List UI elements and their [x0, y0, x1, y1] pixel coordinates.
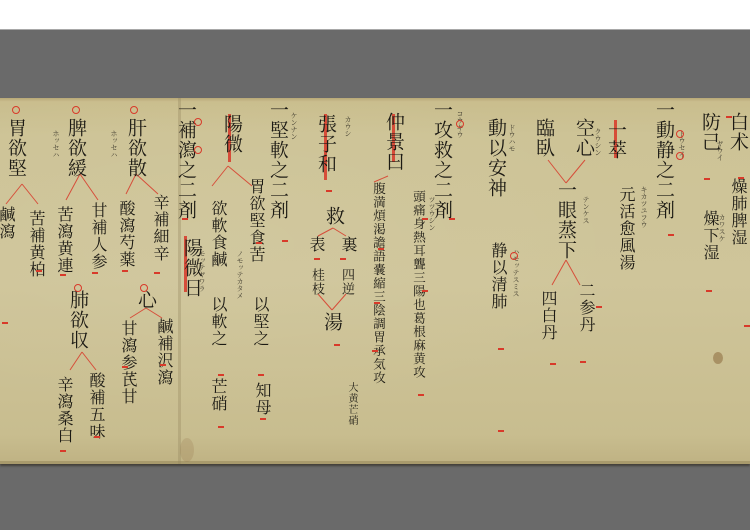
- text-column: 辛瀉桑白: [56, 376, 72, 444]
- kunten-mark: [36, 270, 42, 272]
- text-column: 大黄芒硝: [346, 382, 356, 426]
- kunten-mark: [580, 361, 586, 363]
- kunten-mark: [334, 344, 340, 346]
- text-column: 臨臥: [534, 118, 553, 158]
- text-column: 苦瀉黄連: [56, 206, 72, 274]
- section-heading: 一補瀉之二剤: [176, 100, 195, 220]
- kunten-mark: [160, 364, 166, 366]
- kunten-mark: [706, 290, 712, 292]
- text-column: 芒硝: [210, 378, 226, 412]
- text-column: 静以清肺: [490, 242, 506, 310]
- text-column: 動以安神: [486, 118, 505, 198]
- furigana-gloss: テンケス: [582, 196, 589, 224]
- kunten-mark: [74, 284, 82, 292]
- kunten-mark: [676, 130, 684, 138]
- text-column: 苦補黄柏: [28, 210, 44, 278]
- text-column: 胃欲堅: [6, 118, 25, 178]
- text-column: 湯: [322, 312, 341, 332]
- kunten-mark: [550, 363, 556, 365]
- furigana-gloss: ホッセハ: [110, 130, 117, 158]
- text-column: 桂枝: [310, 268, 323, 296]
- kunten-mark: [456, 120, 464, 128]
- text-column: 一眼蒸下: [556, 180, 575, 260]
- furigana-gloss: ケンナン: [290, 112, 297, 140]
- text-column: 肝欲散: [126, 118, 145, 178]
- text-column: 酸瀉芍薬: [118, 200, 134, 268]
- text-column: 燥肺脾湿: [730, 178, 746, 246]
- text-column: 表: [308, 236, 324, 253]
- kunten-mark: [422, 218, 428, 220]
- kunten-mark: [510, 252, 518, 260]
- kunten-mark: [260, 418, 266, 420]
- text-column: 辛補細辛: [152, 194, 168, 262]
- kunten-mark: [218, 374, 224, 376]
- text-column: 四逆: [340, 268, 353, 296]
- kunten-mark: [2, 322, 8, 324]
- furigana-gloss: カワスケ: [718, 214, 725, 242]
- kunten-mark: [498, 348, 504, 350]
- text-column: 以堅之: [252, 296, 268, 347]
- kunten-mark: [60, 274, 66, 276]
- furigana-gloss: モッテヤワラ: [198, 250, 205, 292]
- kunten-mark: [12, 106, 20, 114]
- kunten-mark: [122, 270, 128, 272]
- furigana-gloss: カウシ: [344, 116, 351, 137]
- kunten-mark: [282, 240, 288, 242]
- text-column: 鹹補沢瀉: [156, 318, 172, 386]
- kunten-mark: [744, 325, 750, 327]
- text-column: 空心: [574, 118, 593, 158]
- text-column: 仲景曰: [384, 112, 403, 172]
- text-column: 四白丹: [540, 290, 556, 341]
- kunten-mark: [72, 106, 80, 114]
- kunten-mark: [140, 284, 148, 292]
- text-column: 知母: [254, 382, 270, 416]
- text-column: 陽微: [222, 114, 241, 154]
- text-column: 酸補五味: [88, 372, 104, 440]
- text-column: 張子和: [316, 114, 335, 174]
- furigana-gloss: クウシン: [594, 128, 601, 156]
- text-column: 甘瀉参芪甘: [120, 320, 136, 405]
- text-column: 白术: [728, 112, 747, 152]
- kunten-mark: [194, 118, 202, 126]
- text-column: 鹹瀉: [0, 206, 14, 240]
- furigana-gloss: キカツユフウ: [640, 186, 647, 228]
- furigana-gloss: ホッセハ: [52, 130, 59, 158]
- text-column: 燥下湿: [702, 210, 718, 261]
- text-column: 脾欲緩: [66, 118, 85, 178]
- kunten-mark: [374, 302, 380, 304]
- kunten-mark: [218, 426, 224, 428]
- furigana-gloss: ツツウシン: [428, 196, 435, 231]
- section-heading: 一動静之二剤: [654, 100, 673, 220]
- kunten-mark: [498, 430, 504, 432]
- text-column: 以軟之: [210, 296, 226, 347]
- furigana-gloss: ノモッテカタメ: [236, 250, 243, 299]
- text-column: 救: [324, 206, 343, 226]
- kunten-mark: [668, 234, 674, 236]
- text-column: 心: [136, 290, 155, 310]
- text-column: 元活愈風湯: [618, 186, 634, 271]
- text-column: 胃欲堅食苦: [248, 178, 264, 263]
- kunten-mark: [258, 374, 264, 376]
- text-column: 一萃: [606, 120, 625, 160]
- furigana-gloss: ヤウイ: [716, 140, 723, 161]
- kunten-mark: [256, 242, 262, 244]
- kunten-mark: [122, 366, 128, 368]
- kunten-mark: [130, 106, 138, 114]
- kunten-mark: [378, 248, 384, 250]
- kunten-mark: [60, 450, 66, 452]
- kunten-mark: [449, 218, 455, 220]
- kunten-mark: [194, 146, 202, 154]
- kunten-mark: [326, 190, 332, 192]
- section-heading: 一堅軟之二剤: [268, 100, 287, 220]
- kunten-mark: [738, 177, 744, 179]
- text-column: 肺欲収: [68, 290, 87, 350]
- furigana-gloss: ドウハモ: [508, 124, 515, 152]
- kunten-mark: [94, 436, 100, 438]
- kunten-mark: [726, 116, 732, 118]
- kunten-mark: [182, 218, 188, 220]
- kunten-mark: [154, 272, 160, 274]
- kunten-mark: [340, 258, 346, 260]
- text-column: 甘補人参: [90, 202, 106, 270]
- kunten-mark: [418, 394, 424, 396]
- kunten-mark: [704, 178, 710, 180]
- kunten-mark: [372, 350, 378, 352]
- text-column: 二参丹: [578, 282, 594, 333]
- kunten-mark: [596, 306, 602, 308]
- kunten-mark: [422, 290, 428, 292]
- kunten-mark: [676, 152, 684, 160]
- kunten-mark: [92, 272, 98, 274]
- text-column: 腹満煩渇譫語嚢縮三陰調胃承気攻: [372, 182, 385, 385]
- text-column: 裏: [340, 236, 356, 253]
- kunten-mark: [314, 258, 320, 260]
- text-column: 欲軟食鹹: [210, 200, 226, 268]
